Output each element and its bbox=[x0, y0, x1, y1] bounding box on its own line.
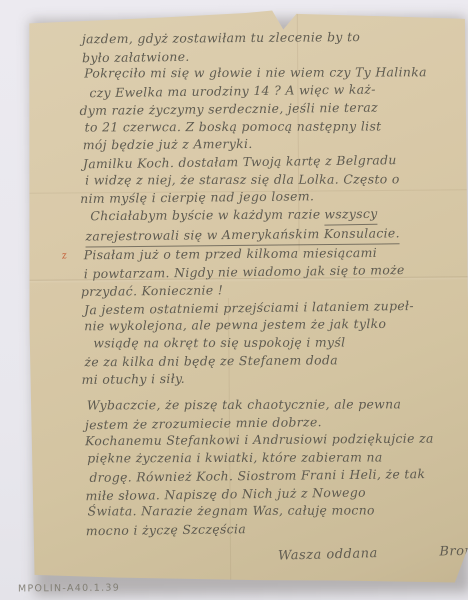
letter-paper: z jazdem, gdyż zostawiłam tu zlecenie by… bbox=[26, 7, 468, 588]
handwritten-line: zarejestrowali się w Amerykańskim Konsul… bbox=[85, 225, 461, 246]
signature-closing: Wasza oddana bbox=[278, 546, 378, 564]
catalog-number: MPOLIN-A40.1.39 bbox=[18, 583, 120, 595]
scan-background: z jazdem, gdyż zostawiłam tu zlecenie by… bbox=[0, 0, 468, 600]
handwritten-line: mi otuchy i siły. bbox=[82, 367, 458, 389]
margin-annotation-mark: z bbox=[61, 250, 68, 262]
handwritten-line: to 21 czerwca. Z boską pomocą następny l… bbox=[85, 117, 461, 136]
handwritten-line: mocno i życzę Szczęścia bbox=[86, 517, 462, 540]
signature-line: Wasza oddana Bronka bbox=[278, 543, 468, 563]
handwritten-line: dym razie życzymy serdecznie, jeśli nie … bbox=[79, 98, 455, 120]
signature-name: Bronka bbox=[439, 543, 468, 559]
handwritten-line: wsiądę na okręt to się uspokoję i myśl bbox=[93, 333, 462, 352]
handwritten-line: Chciałabym byście w każdym razie wszyscy bbox=[90, 204, 459, 227]
letter-body: jazdem, gdyż zostawiłam tu zlecenie by t… bbox=[82, 27, 462, 539]
